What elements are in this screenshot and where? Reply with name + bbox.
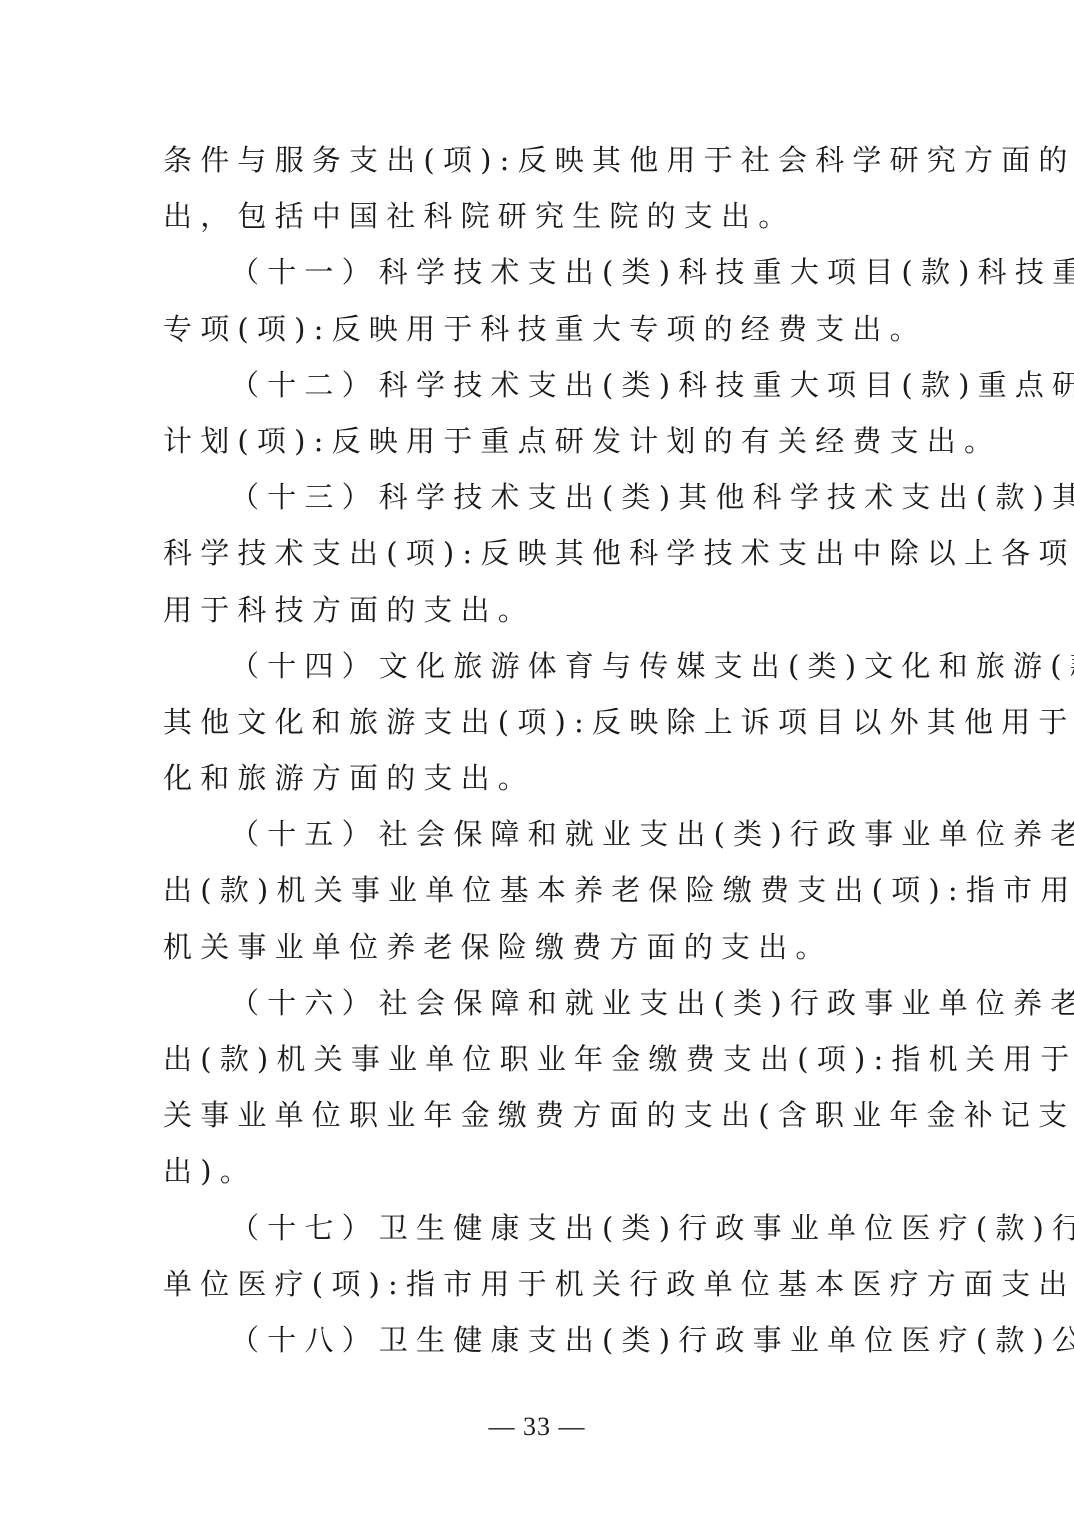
paragraph-line: 科学技术支出(项):反映其他科学技术支出中除以上各项外 <box>163 531 923 587</box>
paragraph-line: 化和旅游方面的支出。 <box>163 756 923 812</box>
document-body: 条件与服务支出(项):反映其他用于社会科学研究方面的支 出，包括中国社科院研究生… <box>163 138 923 1374</box>
paragraph-line-section-16: （十六）社会保障和就业支出(类)行政事业单位养老支 <box>163 981 923 1037</box>
paragraph-line: 条件与服务支出(项):反映其他用于社会科学研究方面的支 <box>163 138 923 194</box>
paragraph-line: 出，包括中国社科院研究生院的支出。 <box>163 194 923 250</box>
paragraph-line-section-14: （十四）文化旅游体育与传媒支出(类)文化和旅游(款) <box>163 644 923 700</box>
paragraph-line: 计划(项):反映用于重点研发计划的有关经费支出。 <box>163 419 923 475</box>
paragraph-line-section-18: （十八）卫生健康支出(类)行政事业单位医疗(款)公务 <box>163 1318 923 1374</box>
paragraph-line: 机关事业单位养老保险缴费方面的支出。 <box>163 925 923 981</box>
paragraph-line: 出(款)机关事业单位基本养老保险缴费支出(项):指市用于 <box>163 868 923 924</box>
paragraph-line: 专项(项):反映用于科技重大专项的经费支出。 <box>163 307 923 363</box>
paragraph-line: 出)。 <box>163 1149 923 1205</box>
paragraph-line: 用于科技方面的支出。 <box>163 588 923 644</box>
paragraph-line: 单位医疗(项):指市用于机关行政单位基本医疗方面支出。 <box>163 1262 923 1318</box>
paragraph-line-section-12: （十二）科学技术支出(类)科技重大项目(款)重点研发 <box>163 363 923 419</box>
paragraph-line: 关事业单位职业年金缴费方面的支出(含职业年金补记支 <box>163 1093 923 1149</box>
document-page: 条件与服务支出(项):反映其他用于社会科学研究方面的支 出，包括中国社科院研究生… <box>0 0 1074 1520</box>
paragraph-line-section-15: （十五）社会保障和就业支出(类)行政事业单位养老支 <box>163 812 923 868</box>
paragraph-line-section-13: （十三）科学技术支出(类)其他科学技术支出(款)其他 <box>163 475 923 531</box>
paragraph-line: 其他文化和旅游支出(项):反映除上诉项目以外其他用于文 <box>163 700 923 756</box>
paragraph-line: 出(款)机关事业单位职业年金缴费支出(项):指机关用于机 <box>163 1037 923 1093</box>
paragraph-line-section-11: （十一）科学技术支出(类)科技重大项目(款)科技重大 <box>163 250 923 306</box>
page-number: — 33 — <box>0 1412 1074 1442</box>
paragraph-line-section-17: （十七）卫生健康支出(类)行政事业单位医疗(款)行政 <box>163 1206 923 1262</box>
